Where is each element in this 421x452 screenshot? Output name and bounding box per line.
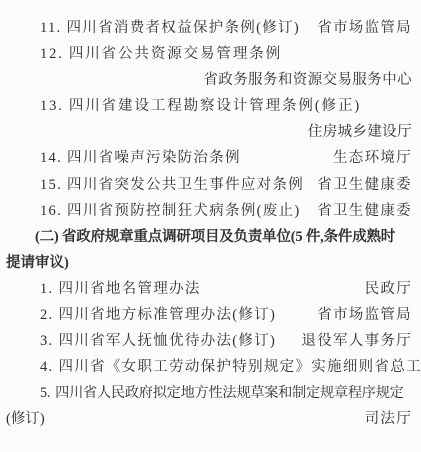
- item-title: 四川省军人抚恤优待办法(修订): [58, 333, 276, 349]
- responsible-unit: 省政务服务和资源交易服务中心: [6, 67, 412, 93]
- responsible-unit: 省卫生健康委: [317, 172, 412, 198]
- item-title: 四川省噪声污染防治条例: [67, 150, 241, 166]
- item-text: 11.四川省消费者权益保护条例(修订): [6, 15, 300, 41]
- regulation-item-1: 1.四川省地名管理办法 民政厅: [6, 276, 412, 302]
- item-number: 16.: [40, 203, 62, 219]
- item-title: 四川省地方标准管理办法(修订): [58, 307, 276, 323]
- item-title-line1: 四川省人民政府拟定地方性法规草案和制定规章程序规定: [55, 385, 403, 401]
- responsible-unit: 省卫生健康委: [317, 198, 412, 224]
- item-text: 15.四川省突发公共卫生事件应对条例: [6, 172, 304, 198]
- item-number: 2.: [40, 307, 53, 323]
- item-title: 四川省预防控制狂犬病条例(废止): [67, 203, 300, 219]
- item-text: 5.四川省人民政府拟定地方性法规草案和制定规章程序规定: [6, 385, 404, 401]
- item-title: 四川省突发公共卫生事件应对条例: [67, 177, 304, 193]
- regulation-item-16: 16.四川省预防控制狂犬病条例(废止) 省卫生健康委: [6, 198, 412, 224]
- item-text: 13.四川省建设工程勘察设计管理条例(修正): [6, 98, 361, 114]
- item-text: 2.四川省地方标准管理办法(修订): [6, 302, 276, 328]
- responsible-unit: 司法厅: [365, 406, 412, 432]
- item-number: 4.: [40, 359, 53, 375]
- item-number: 11.: [40, 20, 62, 36]
- regulation-item-12: 12.四川省公共资源交易管理条例: [6, 41, 412, 67]
- section-heading-line2: 提请审议): [6, 250, 412, 276]
- regulation-item-13: 13.四川省建设工程勘察设计管理条例(修正): [6, 93, 412, 119]
- regulation-item-2: 2.四川省地方标准管理办法(修订) 省市场监管局: [6, 302, 412, 328]
- regulation-item-4: 4.四川省《女职工劳动保护特别规定》实施细则 省总工会: [6, 354, 412, 380]
- item-text: 16.四川省预防控制狂犬病条例(废止): [6, 198, 301, 224]
- item-number: 12.: [40, 46, 64, 62]
- section-heading-line1: (二) 省政府规章重点调研项目及负责单位(5 件,条件成熟时: [6, 224, 412, 250]
- item-text: 12.四川省公共资源交易管理条例: [6, 46, 282, 62]
- item-title: 四川省《女职工劳动保护特别规定》实施细则: [58, 359, 374, 375]
- item-number: 14.: [40, 150, 62, 166]
- responsible-unit: 省市场监管局: [317, 302, 412, 328]
- responsible-unit: 省市场监管局: [317, 15, 412, 41]
- regulation-item-15: 15.四川省突发公共卫生事件应对条例 省卫生健康委: [6, 172, 412, 198]
- item-text: 14.四川省噪声污染防治条例: [6, 145, 241, 171]
- responsible-unit: 省总工会: [374, 354, 421, 380]
- item-number: 13.: [40, 98, 64, 114]
- item-text: 4.四川省《女职工劳动保护特别规定》实施细则: [6, 354, 374, 380]
- item-title: 四川省地名管理办法: [58, 281, 200, 297]
- item-number: 3.: [40, 333, 53, 349]
- item-text: 1.四川省地名管理办法: [6, 276, 201, 302]
- responsible-unit: 民政厅: [365, 276, 412, 302]
- item-text: 3.四川省军人抚恤优待办法(修订): [6, 328, 276, 354]
- item-title: 四川省公共资源交易管理条例: [69, 46, 282, 62]
- responsible-unit: 住房城乡建设厅: [6, 119, 412, 145]
- item-number: 5.: [40, 385, 50, 401]
- regulation-item-3: 3.四川省军人抚恤优待办法(修订) 退役军人事务厅: [6, 328, 412, 354]
- item-number: 15.: [40, 177, 62, 193]
- regulation-item-14: 14.四川省噪声污染防治条例 生态环境厅: [6, 145, 412, 171]
- item-title-line2: (修订): [6, 406, 45, 432]
- item-title: 四川省建设工程勘察设计管理条例(修正): [69, 98, 361, 114]
- document-page: 11.四川省消费者权益保护条例(修订) 省市场监管局 12.四川省公共资源交易管…: [0, 0, 421, 452]
- regulation-item-5: 5.四川省人民政府拟定地方性法规草案和制定规章程序规定: [6, 380, 412, 406]
- regulation-item-11: 11.四川省消费者权益保护条例(修订) 省市场监管局: [6, 15, 412, 41]
- responsible-unit: 退役军人事务厅: [301, 328, 412, 354]
- regulation-item-5-continuation: (修订) 司法厅: [6, 406, 412, 432]
- responsible-unit: 生态环境厅: [333, 145, 412, 171]
- item-title: 四川省消费者权益保护条例(修订): [67, 20, 300, 36]
- item-number: 1.: [40, 281, 53, 297]
